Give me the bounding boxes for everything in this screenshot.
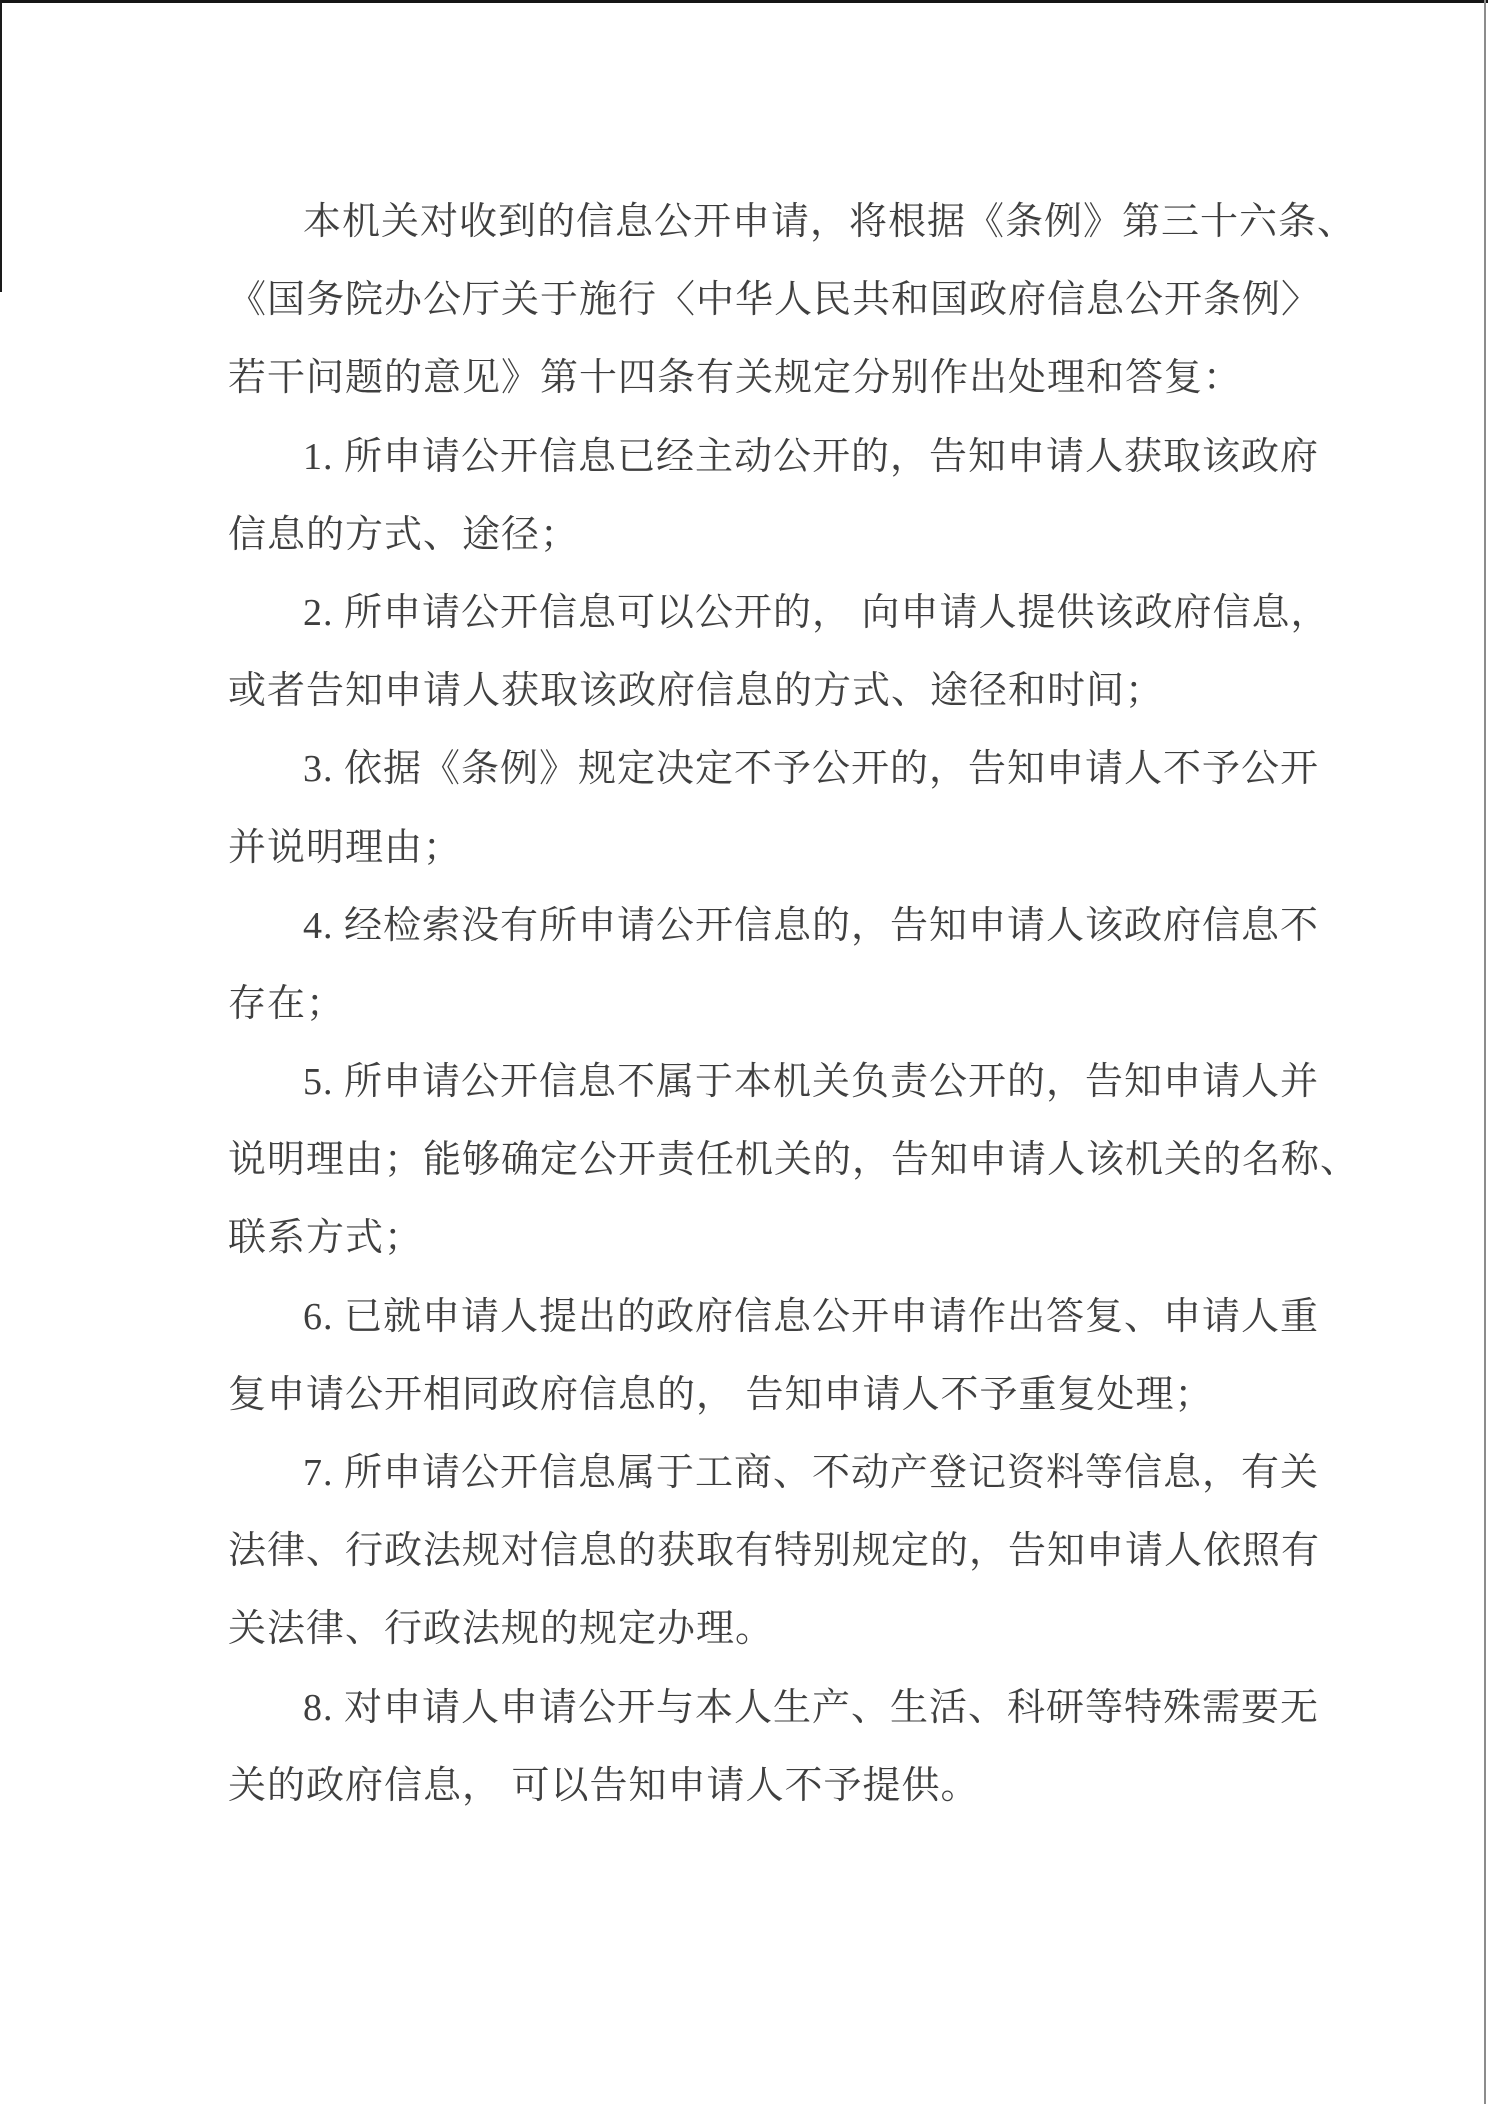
- text-line: 复申请公开相同政府信息的， 告知申请人不予重复处理；: [228, 1356, 1273, 1434]
- text-line: 1. 所申请公开信息已经主动公开的，告知申请人获取该政府: [228, 418, 1273, 496]
- page-right-border: [1484, 0, 1486, 2104]
- text-line: 若干问题的意见》第十四条有关规定分别作出处理和答复：: [228, 339, 1273, 417]
- document-page: 本机关对收到的信息公开申请，将根据《条例》第三十六条、《国务院办公厅关于施行〈中…: [0, 0, 1488, 2104]
- document-text: 本机关对收到的信息公开申请，将根据《条例》第三十六条、《国务院办公厅关于施行〈中…: [228, 183, 1273, 1825]
- page-top-border: [0, 0, 1488, 3]
- text-line: 关的政府信息， 可以告知申请人不予提供。: [228, 1747, 1273, 1825]
- text-line: 7. 所申请公开信息属于工商、不动产登记资料等信息，有关: [228, 1434, 1273, 1512]
- text-line: 2. 所申请公开信息可以公开的， 向申请人提供该政府信息，: [228, 574, 1273, 652]
- text-line: 5. 所申请公开信息不属于本机关负责公开的，告知申请人并: [228, 1043, 1273, 1121]
- text-line: 《国务院办公厅关于施行〈中华人民共和国政府信息公开条例〉: [228, 261, 1273, 339]
- text-line: 关法律、行政法规的规定办理。: [228, 1590, 1273, 1668]
- text-line: 法律、行政法规对信息的获取有特别规定的，告知申请人依照有: [228, 1512, 1273, 1590]
- text-line: 6. 已就申请人提出的政府信息公开申请作出答复、申请人重: [228, 1278, 1273, 1356]
- text-line: 存在；: [228, 965, 1273, 1043]
- text-line: 联系方式；: [228, 1199, 1273, 1277]
- text-line: 或者告知申请人获取该政府信息的方式、途径和时间；: [228, 652, 1273, 730]
- text-line: 信息的方式、途径；: [228, 496, 1273, 574]
- text-line: 3. 依据《条例》规定决定不予公开的，告知申请人不予公开: [228, 730, 1273, 808]
- text-line: 4. 经检索没有所申请公开信息的，告知申请人该政府信息不: [228, 887, 1273, 965]
- text-line: 并说明理由；: [228, 809, 1273, 887]
- text-line: 8. 对申请人申请公开与本人生产、生活、科研等特殊需要无: [228, 1669, 1273, 1747]
- text-line: 本机关对收到的信息公开申请，将根据《条例》第三十六条、: [228, 183, 1273, 261]
- text-line: 说明理由；能够确定公开责任机关的，告知申请人该机关的名称、: [228, 1121, 1273, 1199]
- page-left-border: [0, 0, 2, 292]
